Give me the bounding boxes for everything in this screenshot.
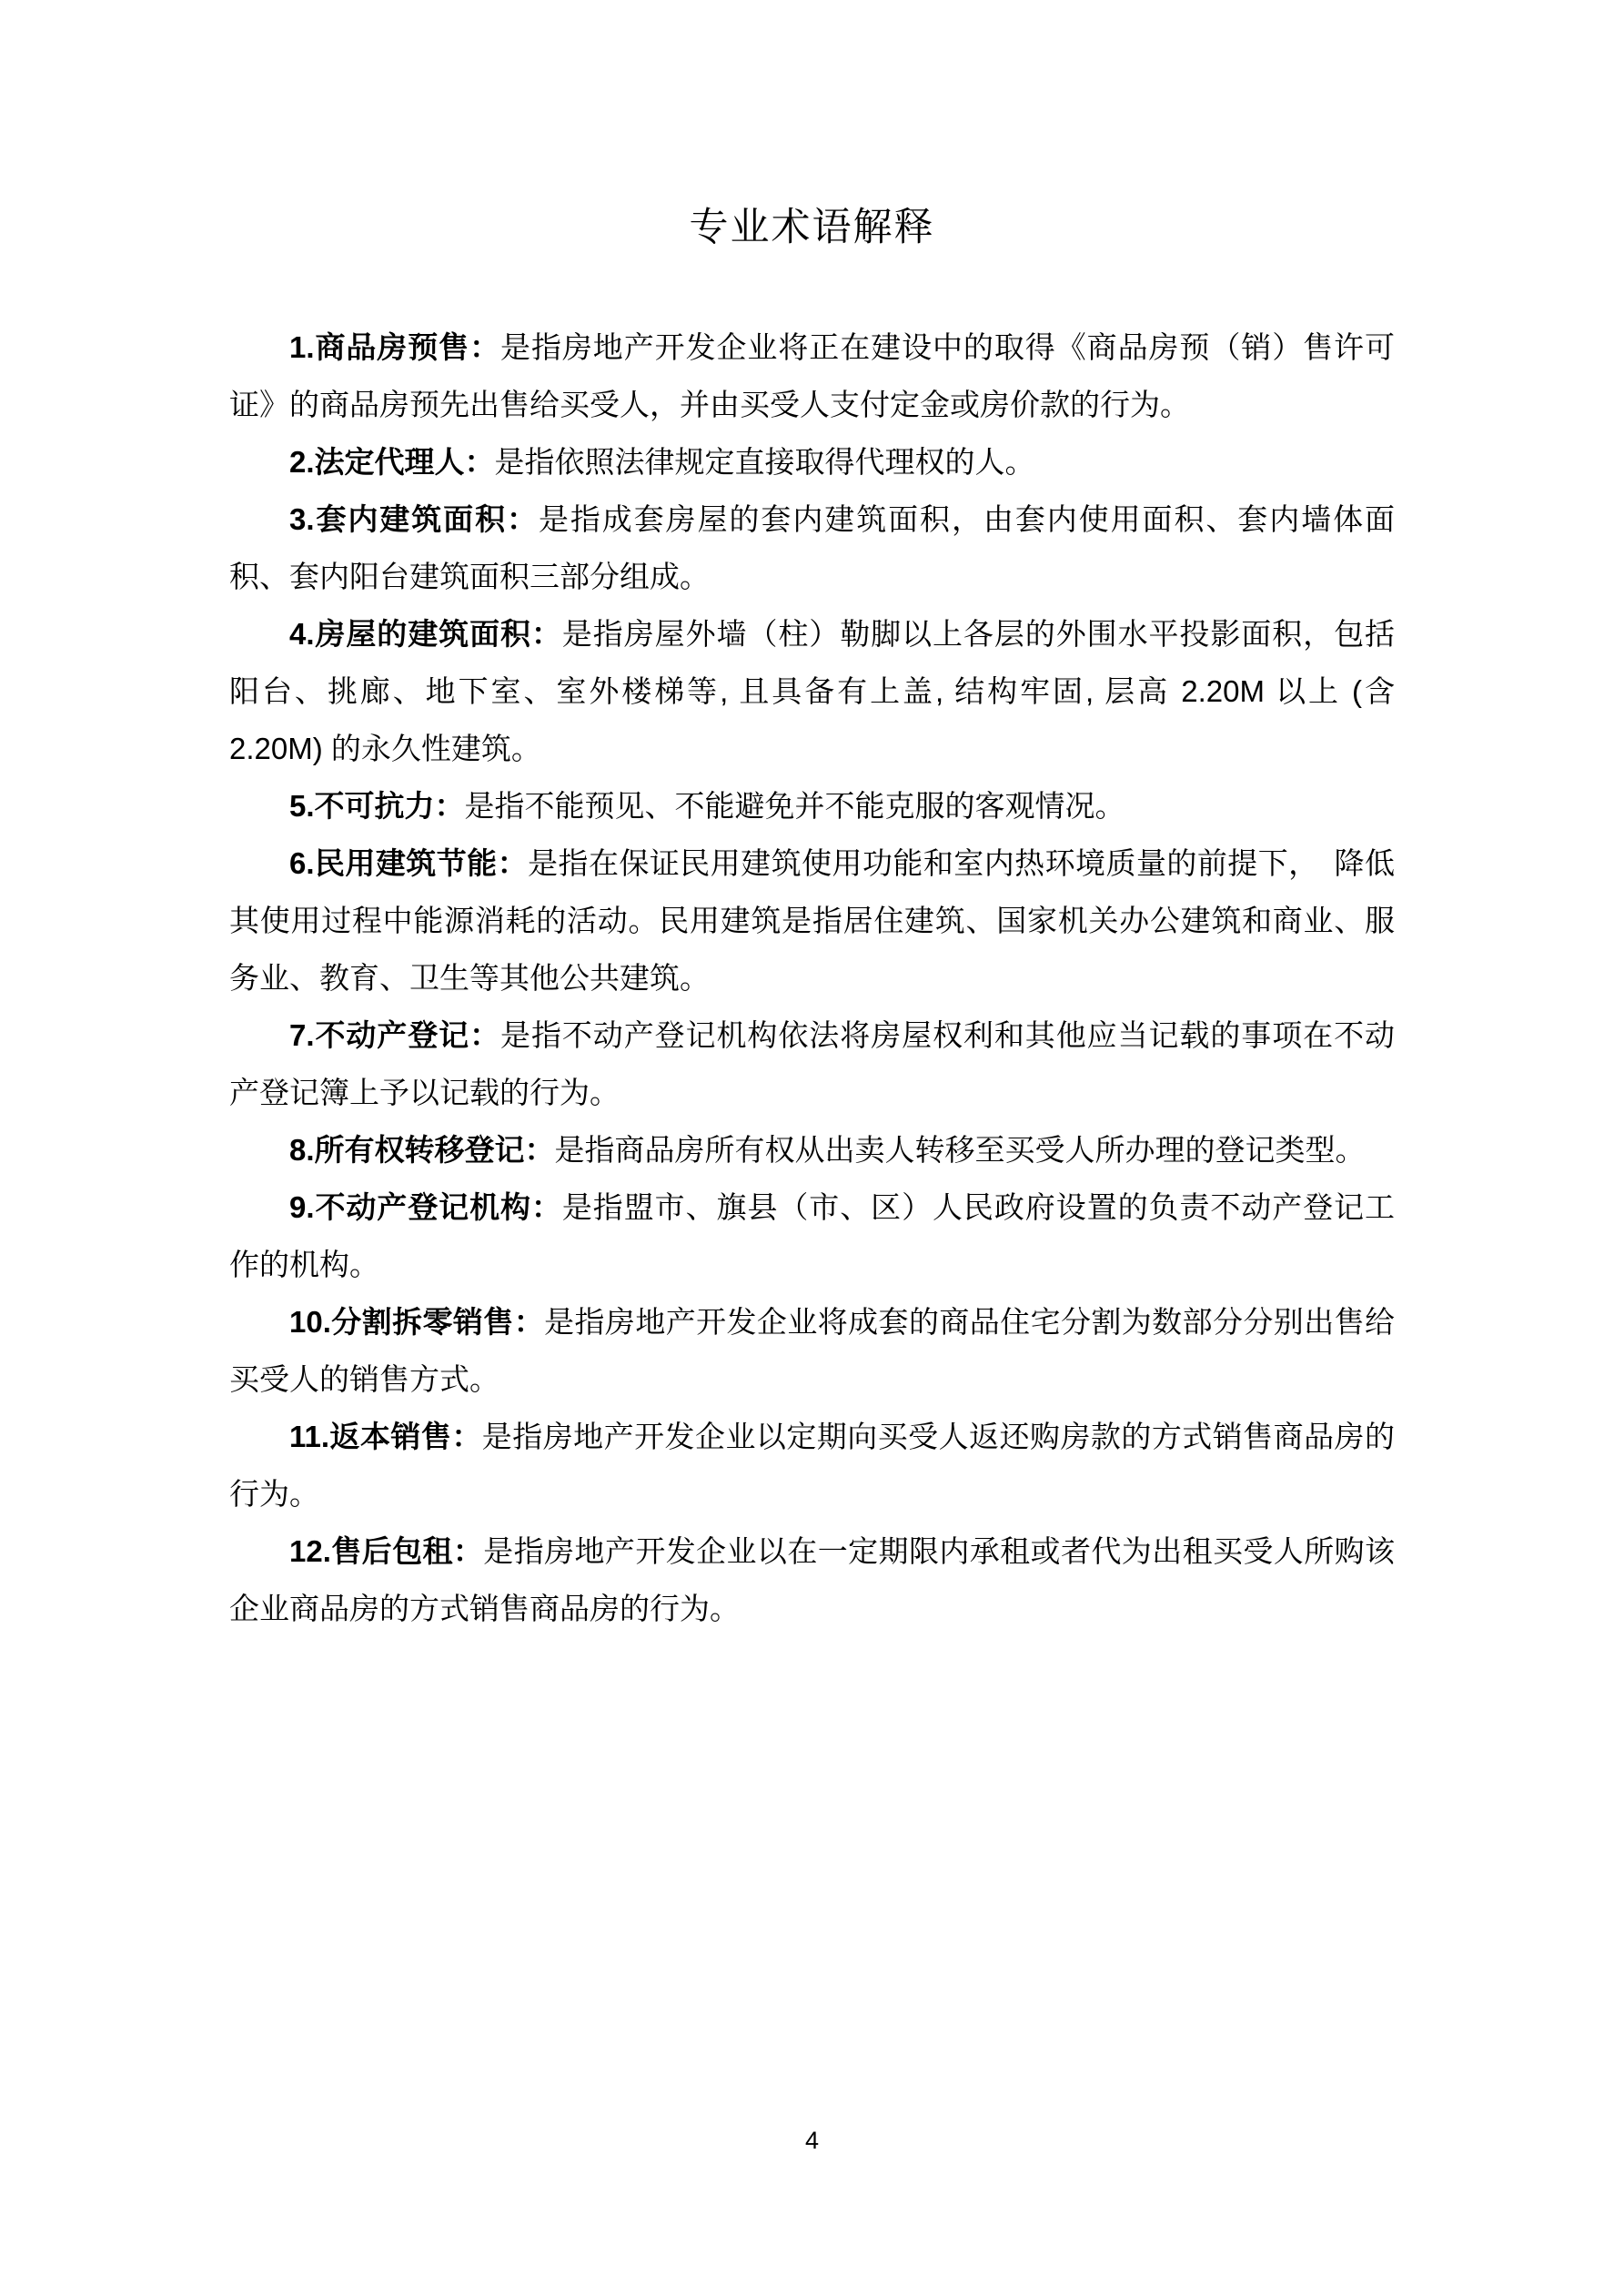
term-name: 11.返本销售： (289, 1420, 482, 1453)
term-name: 8.所有权转移登记： (289, 1133, 555, 1167)
term-item: 3.套内建筑面积：是指成套房屋的套内建筑面积，由套内使用面积、套内墙体面积、套内… (229, 491, 1395, 605)
term-name: 6.民用建筑节能： (289, 846, 528, 880)
document-page: 专业术语解释 1.商品房预售：是指房地产开发企业将正在建设中的取得《商品房预（销… (0, 0, 1624, 2296)
term-name: 10.分割拆零销售： (289, 1305, 544, 1339)
term-definition: 是指不能预见、不能避免并不能克服的客观情况。 (465, 789, 1125, 823)
term-name: 12.售后包租： (289, 1534, 483, 1568)
term-item: 9.不动产登记机构：是指盟市、旗县（市、区）人民政府设置的负责不动产登记工作的机… (229, 1178, 1395, 1293)
term-item: 10.分割拆零销售：是指房地产开发企业将成套的商品住宅分割为数部分分别出售给买受… (229, 1293, 1395, 1408)
page-title: 专业术语解释 (0, 0, 1624, 251)
term-item: 5.不可抗力：是指不能预见、不能避免并不能克服的客观情况。 (229, 777, 1395, 834)
term-item: 12.售后包租：是指房地产开发企业以在一定期限内承租或者代为出租买受人所购该企业… (229, 1522, 1395, 1637)
term-definition: 是指商品房所有权从出卖人转移至买受人所办理的登记类型。 (555, 1133, 1366, 1167)
term-name: 2.法定代理人： (289, 445, 495, 479)
term-name: 4.房屋的建筑面积： (289, 617, 562, 651)
term-definition: 是指依照法律规定直接取得代理权的人。 (495, 445, 1035, 479)
term-item: 4.房屋的建筑面积：是指房屋外墙（柱）勒脚以上各层的外围水平投影面积，包括阳台、… (229, 605, 1395, 777)
term-item: 2.法定代理人：是指依照法律规定直接取得代理权的人。 (229, 433, 1395, 491)
term-name: 5.不可抗力： (289, 789, 465, 823)
term-item: 6.民用建筑节能：是指在保证民用建筑使用功能和室内热环境质量的前提下， 降低其使… (229, 834, 1395, 1006)
term-item: 7.不动产登记：是指不动产登记机构依法将房屋权利和其他应当记载的事项在不动产登记… (229, 1006, 1395, 1121)
term-name: 3.套内建筑面积： (289, 502, 539, 536)
term-name: 9.不动产登记机构： (289, 1190, 562, 1224)
term-name: 1.商品房预售： (289, 330, 500, 364)
term-item: 8.所有权转移登记：是指商品房所有权从出卖人转移至买受人所办理的登记类型。 (229, 1121, 1395, 1178)
term-name: 7.不动产登记： (289, 1018, 500, 1052)
terms-list: 1.商品房预售：是指房地产开发企业将正在建设中的取得《商品房预（销）售许可证》的… (229, 319, 1395, 1637)
page-number: 4 (0, 2126, 1624, 2155)
term-item: 1.商品房预售：是指房地产开发企业将正在建设中的取得《商品房预（销）售许可证》的… (229, 319, 1395, 433)
term-item: 11.返本销售：是指房地产开发企业以定期向买受人返还购房款的方式销售商品房的行为… (229, 1408, 1395, 1522)
